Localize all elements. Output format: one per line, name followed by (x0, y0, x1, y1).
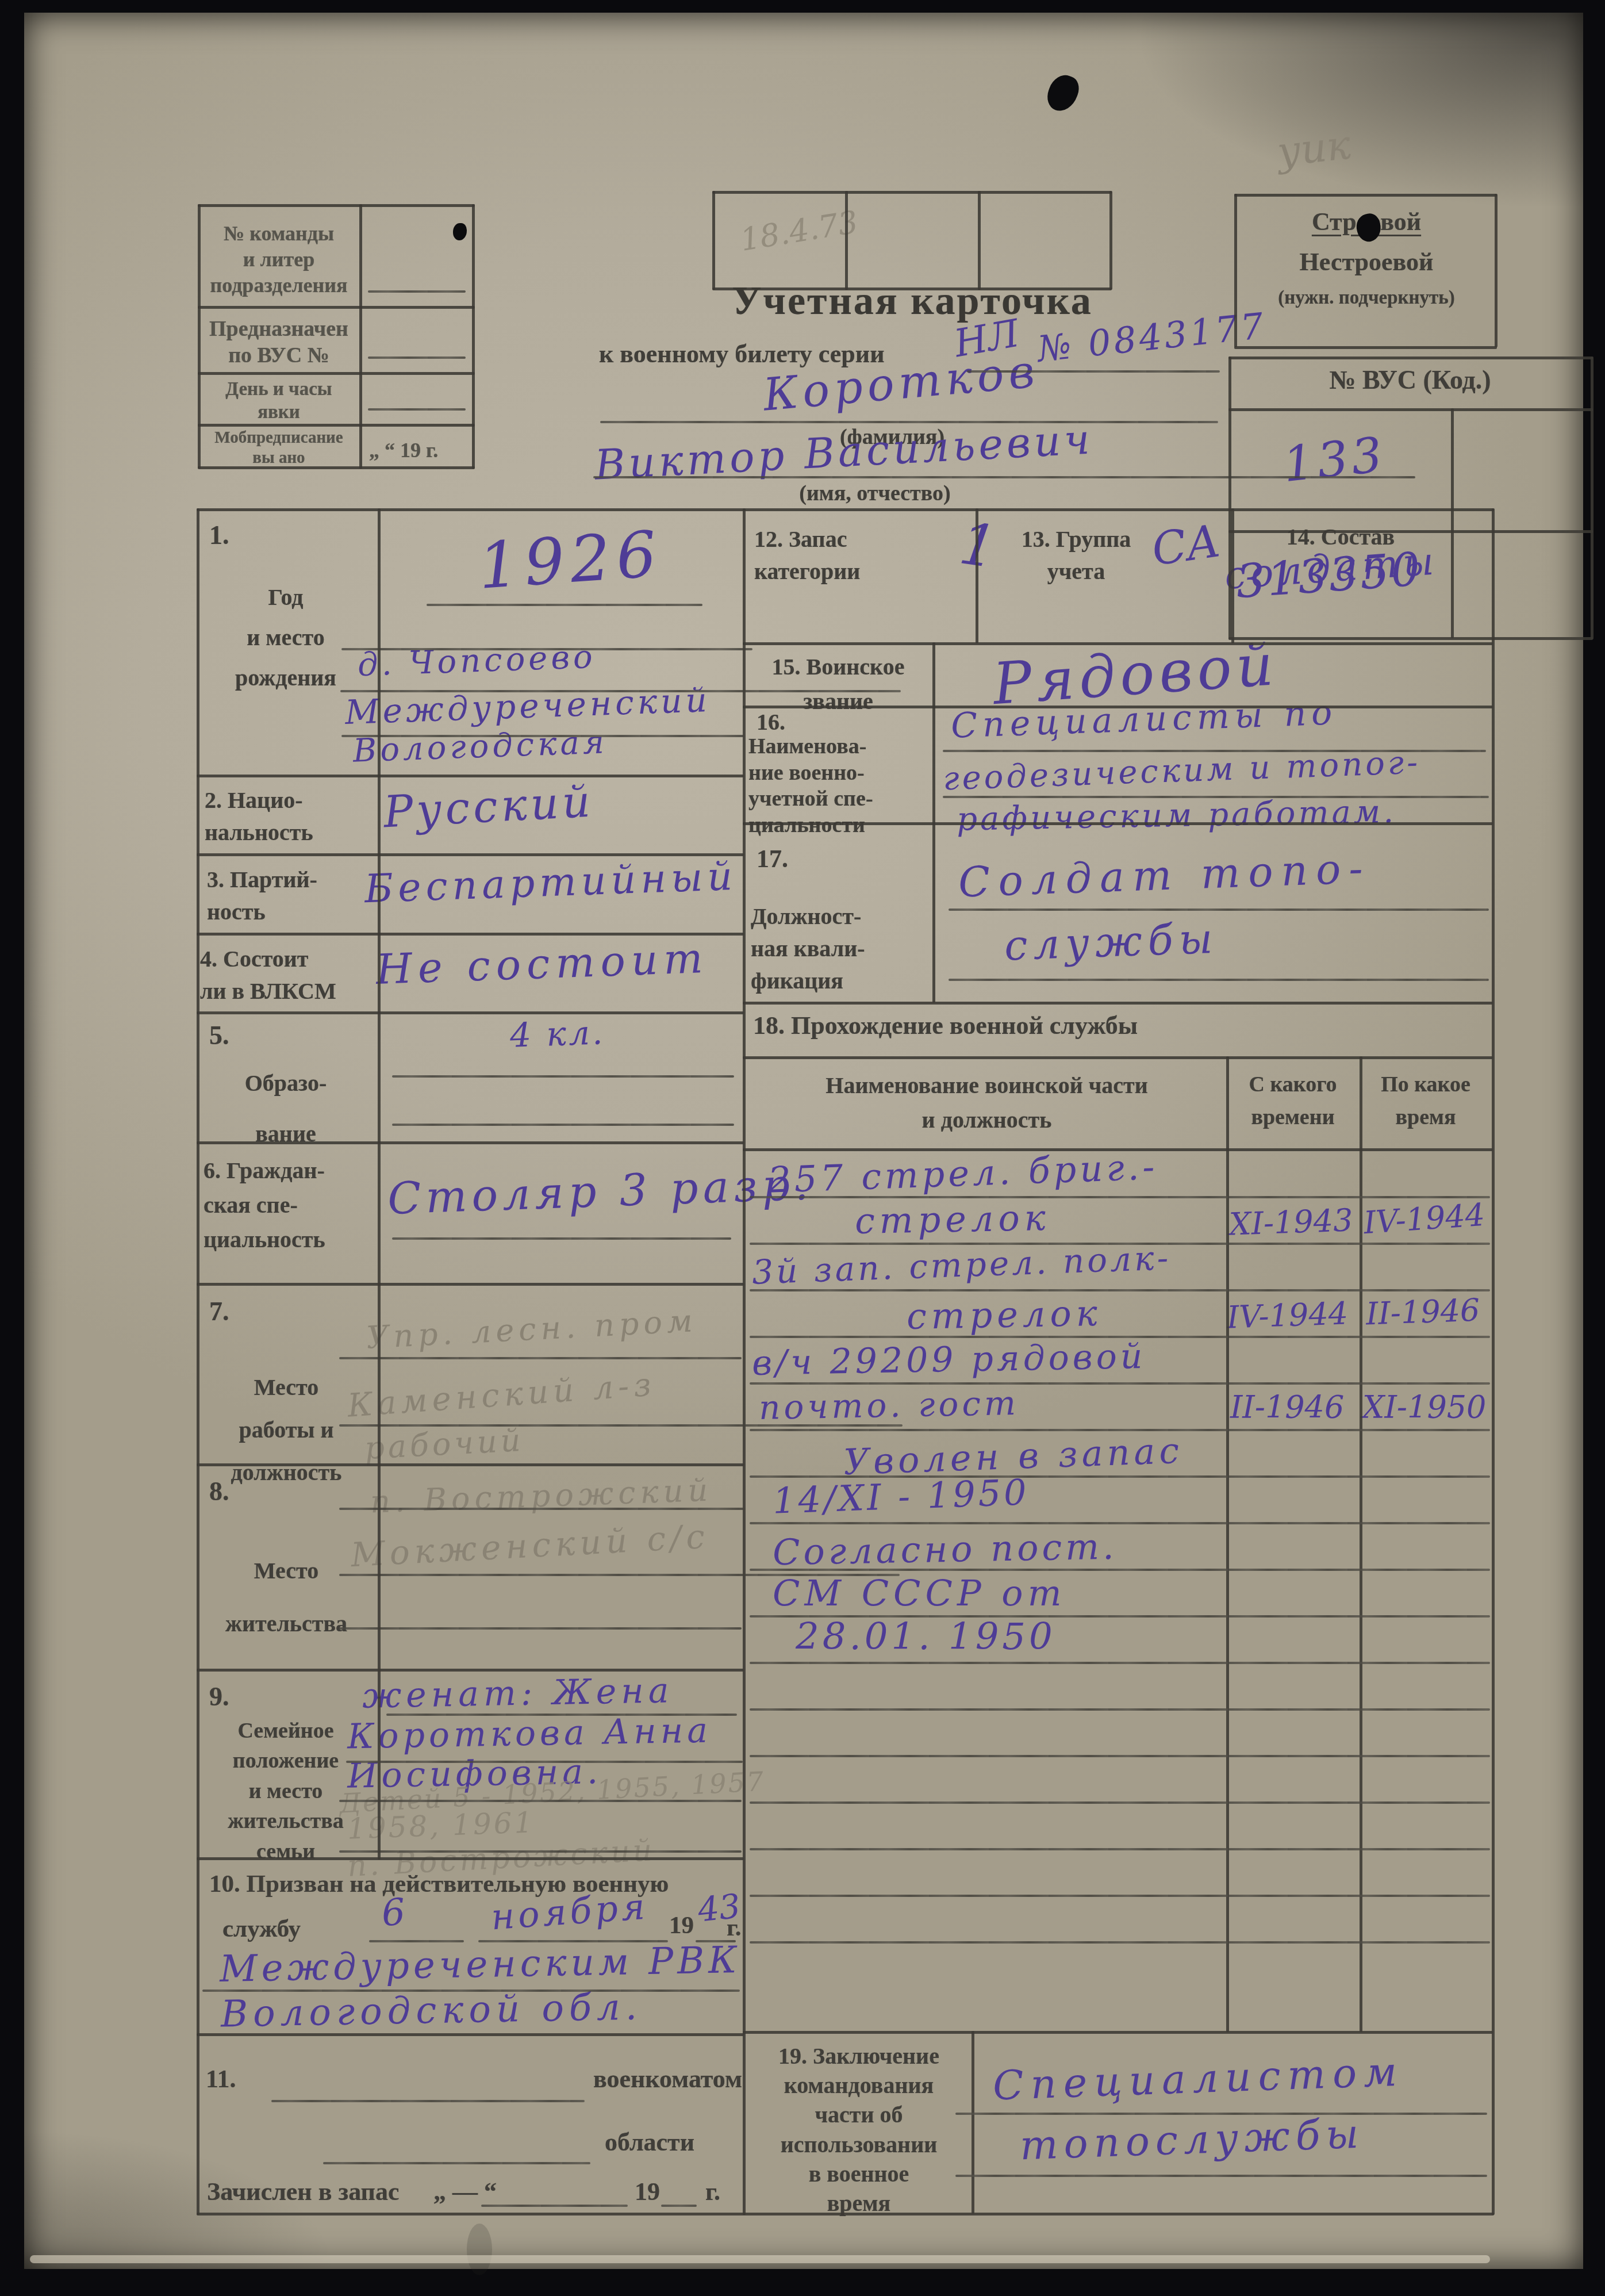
ruled-line (368, 357, 466, 359)
service-row-unit: 3й зап. стрел. полк- (751, 1238, 1172, 1291)
table-border (1360, 1056, 1362, 2032)
table-border (1228, 408, 1593, 411)
ruled-line (750, 1569, 1490, 1571)
service-row-from: XI-1943 (1228, 1202, 1354, 1242)
ruled-line (750, 1755, 1490, 1757)
s19-label: 19. Заключение командования части об исп… (747, 2041, 970, 2218)
s1-birth-place-2: Междуреченский (344, 680, 711, 732)
s10-label2: службу (222, 1915, 301, 1943)
table-border (197, 2033, 744, 2036)
ruled-line (750, 1615, 1490, 1617)
table-border (198, 424, 475, 427)
ruled-line (339, 1850, 742, 1853)
vus-box-title: № ВУС (Код.) (1234, 365, 1586, 395)
table-border (197, 933, 744, 936)
corner-box-row3-label: День и часы явки (202, 378, 355, 424)
s2-value: Русский (382, 775, 595, 837)
ruled-line (600, 421, 1218, 423)
table-border (743, 1002, 1493, 1005)
table-border (1234, 194, 1497, 197)
service-row-to: II-1946 (1365, 1292, 1480, 1332)
s3-label: 3. Партий- ность (207, 864, 374, 928)
service-row-to: XI-1950 (1362, 1389, 1486, 1425)
table-border (1228, 357, 1593, 359)
s7-work-line-1: Упр. лесн. пром (366, 1302, 698, 1356)
s7-number: 7. (209, 1296, 229, 1327)
ruled-line (346, 1761, 743, 1763)
s1-birth-year: 1926 (476, 517, 665, 603)
table-border (472, 204, 475, 469)
s11-reserve-label: Зачислен в запас (207, 2177, 399, 2206)
ruled-line (341, 735, 744, 737)
ruled-line (949, 909, 1489, 911)
s9-number: 9. (209, 1681, 229, 1712)
table-border (743, 642, 1493, 645)
corner-box-row4-label: Мобпредписание вы ано (200, 428, 358, 468)
s9-family-line-1: женат: Жена (362, 1670, 674, 1716)
ruled-line (368, 408, 466, 411)
ruled-line (386, 1714, 737, 1716)
s11-oblast-label: области (605, 2128, 694, 2157)
s17-label: Должност- ная квали- фикация (751, 900, 923, 997)
table-border (743, 508, 746, 2215)
service-row-role: почто. гост (758, 1383, 1019, 1427)
table-border (198, 466, 475, 469)
s1-label: Год и место рождения (214, 577, 358, 698)
scanned-military-card-photo: { "pencil": { "top_note": "уик", "stamp_… (0, 0, 1605, 2296)
s11-reserve-quote: „ — “ (433, 2177, 497, 2206)
card-title: Учетная карточка (674, 278, 1151, 324)
s8-residence-line-2: Мокженский с/с (350, 1517, 711, 1575)
ruled-line (340, 690, 901, 692)
pencil-smudge (467, 2224, 492, 2275)
pencil-top-note: уик (1275, 121, 1353, 176)
ruled-line (339, 1800, 742, 1802)
ruled-line (943, 796, 1489, 798)
s10-year-suffix: г. (727, 1914, 741, 1942)
table-border (932, 642, 935, 1003)
table-border (198, 372, 475, 375)
table-border (1228, 530, 1593, 533)
service-row-role: стрелок (854, 1197, 1050, 1242)
ruled-line (202, 1990, 740, 1992)
ruled-line (661, 2205, 697, 2207)
corner-box-row2-label: Предназначен по ВУС № (202, 316, 355, 369)
table-border (198, 306, 475, 309)
s16-number: 16. (757, 708, 785, 735)
s12-label: 12. Запас категории (754, 523, 950, 588)
s10-label: 10. Призван на действительную военную (209, 1870, 744, 1898)
table-border (845, 191, 848, 290)
combat-line-caption: (нужн. подчеркнуть) (1237, 288, 1496, 309)
ruled-line (481, 2205, 628, 2207)
s6-value: Столяр 3 разр. (387, 1158, 814, 1224)
ruled-line (271, 2100, 585, 2102)
table-border (197, 2213, 1494, 2215)
s1-number: 1. (209, 520, 229, 550)
ruled-line (750, 1429, 1490, 1431)
table-border (743, 2031, 1493, 2034)
ruled-line (750, 1196, 1490, 1198)
name-caption: (имя, отчество) (737, 481, 1013, 506)
ruled-line (750, 1382, 1490, 1385)
s13-label: 13. Группа учета (996, 523, 1157, 588)
ruled-line (750, 1708, 1490, 1711)
ruled-line (427, 604, 702, 606)
ruled-line (750, 1941, 1490, 1944)
discharge-note-line: 28.01. 1950 (796, 1616, 1056, 1658)
s7-work-line-3: рабочий (364, 1422, 525, 1466)
table-border (743, 706, 1493, 708)
ruled-line (392, 1237, 731, 1240)
ruled-line (339, 1627, 742, 1630)
ruled-line (750, 1895, 1490, 1897)
s18-col1-header: Наименование воинской части и должность (750, 1068, 1224, 1137)
table-border (712, 191, 1112, 194)
vus-code-1: 133 (1280, 426, 1388, 493)
s11-reserve-g: г. (705, 2177, 720, 2206)
ruled-line (750, 1475, 1490, 1478)
ruled-line (323, 2162, 590, 2164)
table-border (1226, 1056, 1229, 2032)
s9-children-pencil-2: 1958, 1961 (347, 1806, 535, 1845)
ruled-line (368, 290, 466, 293)
s3-value: Беспартийный (364, 854, 738, 913)
s5-value: 4 кл. (509, 1013, 606, 1055)
table-border (197, 1141, 744, 1144)
table-border (359, 204, 362, 469)
discharge-note-line: СМ СССР от (773, 1572, 1066, 1614)
s13-value: СА (1149, 515, 1223, 576)
table-border (197, 853, 744, 856)
table-border (198, 204, 201, 469)
s8-number: 8. (209, 1476, 229, 1507)
ruled-line (750, 1848, 1490, 1850)
table-border (743, 822, 1493, 825)
ruled-line (392, 1124, 734, 1126)
table-border (1451, 408, 1454, 638)
table-border (743, 1148, 1493, 1151)
ruled-line (593, 476, 1415, 478)
service-row-role: стрелок (906, 1292, 1102, 1337)
s17-value-2: службы (1004, 914, 1219, 970)
discharge-note-line: Согласно пост. (772, 1525, 1118, 1573)
table-border (197, 508, 1494, 511)
ruled-line (750, 1243, 1490, 1245)
table-border (197, 1283, 744, 1286)
table-border (198, 204, 475, 207)
s7-work-line-2: Каменский л-з (346, 1366, 656, 1424)
corner-box-row1-label: № команды и литер подразделения (202, 221, 355, 298)
ruled-line (949, 979, 1489, 981)
table-border (197, 1463, 744, 1466)
ruled-line (750, 1662, 1490, 1664)
s17-value-1: Солдат топо- (958, 844, 1372, 907)
s11-reserve-19: 19 (635, 2177, 660, 2206)
service-row-to: IV-1944 (1362, 1197, 1486, 1241)
table-border (972, 2031, 974, 2214)
s4-label: 4. Состоит ли в ВЛКСМ (200, 943, 373, 1007)
table-border (712, 288, 1112, 290)
torn-bottom-edge (30, 2255, 1490, 2263)
pencil-stamp-date: 18.4.73 (738, 204, 860, 258)
s10-day-handwritten: 6 (380, 1891, 406, 1935)
ruled-line (478, 1940, 668, 1942)
s18-title: 18. Прохождение военной службы (753, 1011, 1138, 1040)
card-paper: уик 18.4.73 № команды и литер подразделе… (24, 13, 1583, 2269)
s1-birth-place-1: д. Чопсоево (357, 638, 597, 684)
table-border (1234, 194, 1237, 347)
s8-label: Место жительства (207, 1544, 366, 1650)
table-border (197, 1011, 744, 1014)
s19-value-1: Специалистом (992, 2048, 1405, 2110)
s10-oblast-handwritten: Вологодской обл. (220, 1986, 642, 2036)
ruled-line (750, 1289, 1490, 1291)
table-border (197, 775, 744, 777)
ruled-line (696, 1940, 736, 1942)
s1-birth-place-3: Вологодская (352, 723, 608, 769)
table-border (1228, 637, 1593, 640)
s16-value-3: рафическим работам. (956, 793, 1396, 838)
corner-box-year-blank: „ “ 19 г. (369, 438, 438, 462)
ruled-line (750, 1801, 1490, 1804)
ruled-line (392, 1075, 734, 1078)
s10-rvk-handwritten: Междуреченским РВК (219, 1939, 741, 1991)
table-border (978, 191, 981, 290)
table-border (743, 1056, 1493, 1059)
s8-residence-line-1: п. Вострожский (370, 1472, 713, 1520)
ruled-line (955, 2175, 1487, 2177)
s10-year-prefix: 19 (669, 1911, 694, 1939)
table-border (197, 1669, 744, 1672)
combat-line-nestroevoi: Нестроевой (1237, 247, 1496, 277)
table-border (1231, 508, 1234, 643)
table-border (1109, 191, 1112, 290)
s7-label: Место работы и должность (212, 1366, 361, 1494)
service-row-from: IV-1944 (1226, 1295, 1349, 1335)
s18-col2-header: С какого времени (1228, 1068, 1358, 1134)
ruled-line (369, 1940, 464, 1942)
ink-blot (1043, 71, 1083, 115)
service-row-unit: в/ч 29209 рядовой (751, 1336, 1146, 1383)
s11-number: 11. (206, 2064, 236, 2094)
table-border (378, 508, 381, 1860)
table-border (1492, 508, 1495, 2215)
table-border (1234, 346, 1497, 349)
s11-voenkomat-label: военкоматом (593, 2064, 742, 2094)
table-border (1495, 194, 1498, 347)
ink-speck (453, 223, 467, 240)
discharge-note-line: 14/XI - 1950 (772, 1471, 1030, 1522)
s4-value: Не состоит (375, 934, 709, 994)
s19-value-2: топослужбы (1019, 2110, 1365, 2169)
ruled-line (339, 1357, 742, 1359)
s9-family-line-2: Короткова Анна (347, 1710, 712, 1757)
ruled-line (750, 1522, 1490, 1524)
table-border (1591, 357, 1594, 639)
table-border (712, 191, 715, 290)
ruled-line (967, 370, 1220, 373)
table-border (197, 1857, 744, 1860)
ruled-line (341, 648, 752, 650)
ruled-line (339, 1574, 900, 1576)
ruled-line (339, 1508, 744, 1510)
s17-number: 17. (757, 844, 788, 873)
s18-col3-header: По какое время (1361, 1068, 1490, 1134)
service-row-from: II-1946 (1230, 1389, 1344, 1425)
ruled-line (955, 2113, 1487, 2115)
table-border (197, 508, 199, 2215)
s5-number: 5. (209, 1020, 229, 1051)
ruled-line (750, 1336, 1490, 1338)
ruled-line (339, 1424, 903, 1427)
service-row-unit: 257 стрел. бриг.- (767, 1145, 1158, 1201)
s2-label: 2. Нацио- нальность (205, 784, 371, 849)
table-border (976, 508, 978, 643)
ruled-line (943, 750, 1486, 752)
s6-label: 6. Граждан- ская спе- циальность (203, 1153, 376, 1257)
